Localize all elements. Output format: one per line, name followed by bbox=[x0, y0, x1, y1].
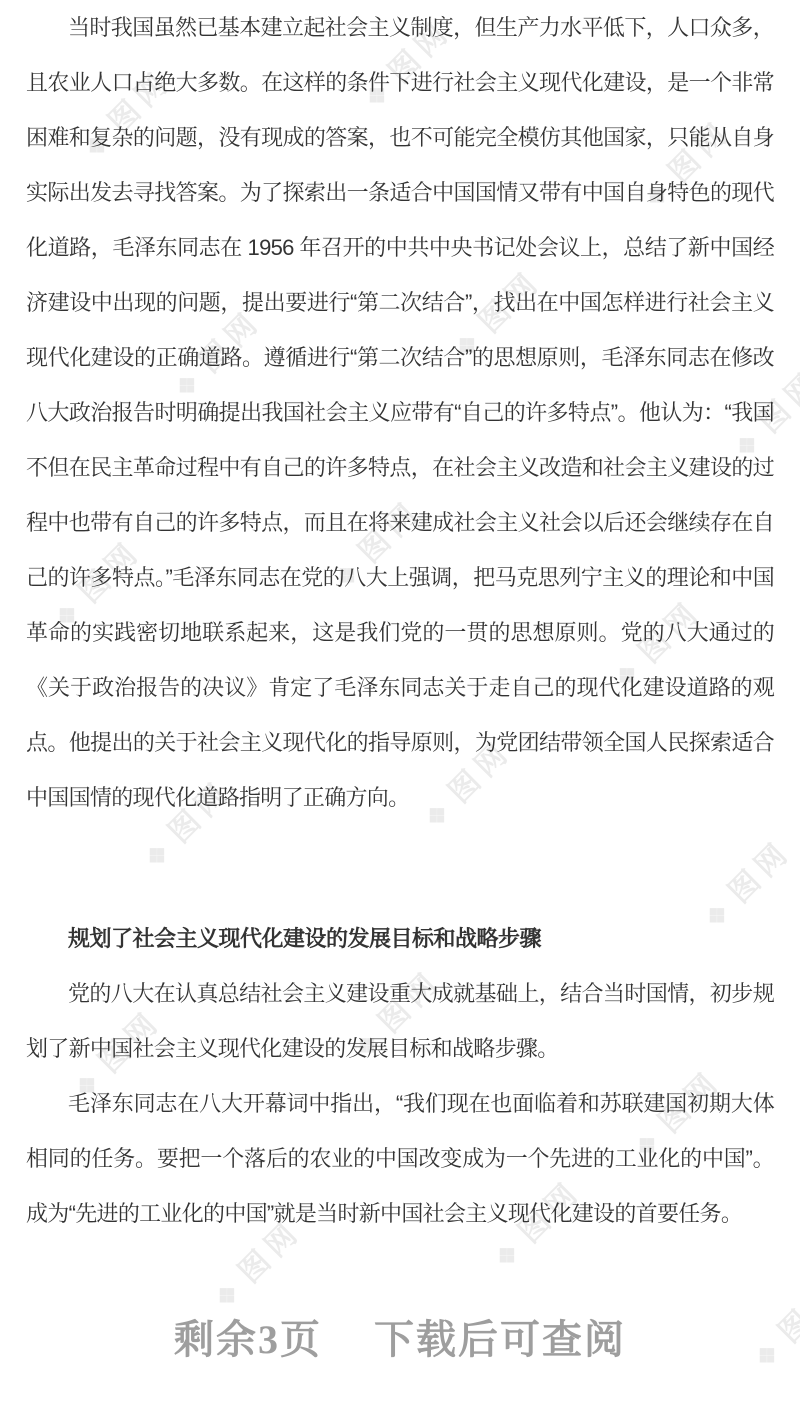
preview-footer: 剩余3页下载后可查阅 bbox=[0, 1318, 800, 1362]
paragraph: 党的八大在认真总结社会主义建设重大成就基础上，结合当时国情，初步规划了新中国社会… bbox=[26, 966, 774, 1076]
document-preview-page: ❖图网❖图网❖图网❖图网❖图网❖图网❖图网❖图网❖图网❖图网❖图网❖图网❖图网❖… bbox=[0, 0, 800, 1422]
download-hint-label: 下载后可查阅 bbox=[374, 1317, 626, 1362]
section-heading: 规划了社会主义现代化建设的发展目标和战略步骤 bbox=[26, 911, 774, 966]
document-content: 当时我国虽然已基本建立起社会主义制度，但生产力水平低下，人口众多，且农业人口占绝… bbox=[0, 0, 800, 1362]
remaining-pages-label: 剩余3页 bbox=[174, 1317, 322, 1362]
paragraph: 毛泽东同志在八大开幕词中指出，“我们现在也面临着和苏联建国初期大体相同的任务。要… bbox=[26, 1076, 774, 1241]
paragraph: 当时我国虽然已基本建立起社会主义制度，但生产力水平低下，人口众多，且农业人口占绝… bbox=[26, 0, 774, 825]
